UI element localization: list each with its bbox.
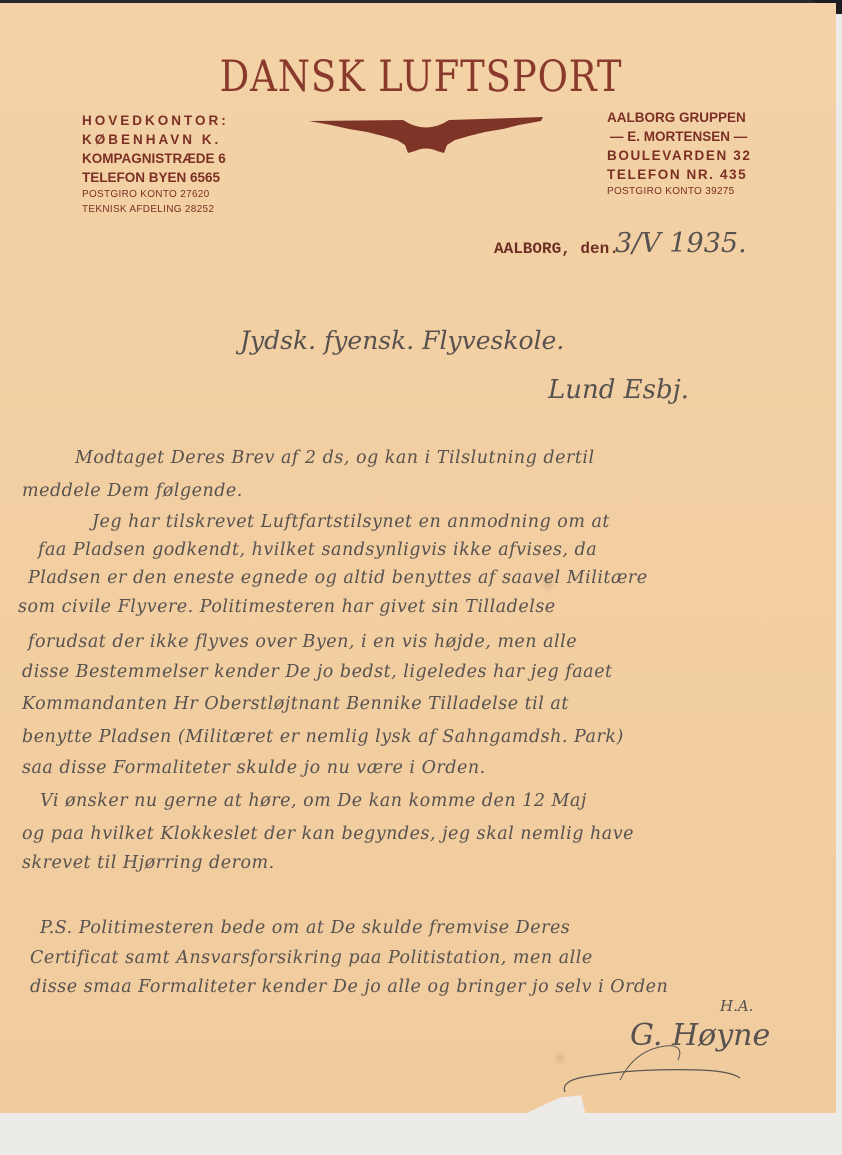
postscript-line: disse smaa Formaliteter kender De jo all… [30,977,668,997]
branch-street: BOULEVARDEN 32 [607,146,751,165]
body-line: skrevet til Hjørring derom. [22,853,275,873]
body-line: disse Bestemmelser kender De jo bedst, l… [22,662,613,682]
printed-dateline: AALBORG, den. [494,240,619,258]
body-line: Modtaget Deres Brev af 2 ds, og kan i Ti… [75,448,595,468]
branch-phone: TELEFON NR. 435 [607,165,751,184]
body-line: benytte Pladsen (Militæret er nemlig lys… [22,727,624,747]
signature-flourish-icon [560,1040,800,1100]
recipient-name: Jydsk. fyensk. Flyveskole. [240,326,564,355]
body-line: forudsat der ikke flyves over Byen, i en… [28,632,577,652]
head-office-city: KØBENHAVN K. [82,130,229,149]
branch-address: AALBORG GRUPPEN — E. MORTENSEN — BOULEVA… [607,108,751,199]
body-line: meddele Dem følgende. [22,481,243,501]
body-line: Jeg har tilskrevet Luftfartstilsynet en … [92,512,610,532]
body-line: Vi ønsker nu gerne at høre, om De kan ko… [40,791,587,811]
closing-initials: H.A. [720,997,753,1015]
body-line: faa Pladsen godkendt, hvilket sandsynlig… [38,540,597,560]
body-line: som civile Flyvere. Politimesteren har g… [18,597,556,617]
body-line: Kommandanten Hr Oberstløjtnant Bennike T… [22,694,569,714]
winged-eagle-icon [307,115,545,155]
body-line: saa disse Formaliteter skulde jo nu være… [22,758,486,778]
body-line: Pladsen er den eneste egnede og altid be… [28,568,648,588]
body-line: og paa hvilket Klokkeslet der kan begynd… [22,824,634,844]
head-office-postgiro: POSTGIRO KONTO 27620 [82,187,229,202]
handwritten-date: 3/V 1935. [615,228,747,259]
scan-border-top [0,0,842,3]
head-office-label: HOVEDKONTOR: [82,111,229,130]
postscript-line: Certificat samt Ansvarsforsikring paa Po… [30,948,593,968]
head-office-street: KOMPAGNISTRÆDE 6 [82,149,229,168]
head-office-address: HOVEDKONTOR: KØBENHAVN K. KOMPAGNISTRÆDE… [82,111,229,217]
head-office-technical: TEKNISK AFDELING 28252 [82,202,229,217]
head-office-phone: TELEFON BYEN 6565 [82,168,229,187]
branch-contact: — E. MORTENSEN — [607,127,751,146]
postscript-line: P.S. Politimesteren bede om at De skulde… [40,918,570,938]
letterhead-title: DANSK LUFTSPORT [59,52,783,102]
recipient-place: Lund Esbj. [548,375,689,405]
branch-postgiro: POSTGIRO KONTO 39275 [607,184,751,199]
branch-group: AALBORG GRUPPEN [607,108,751,127]
